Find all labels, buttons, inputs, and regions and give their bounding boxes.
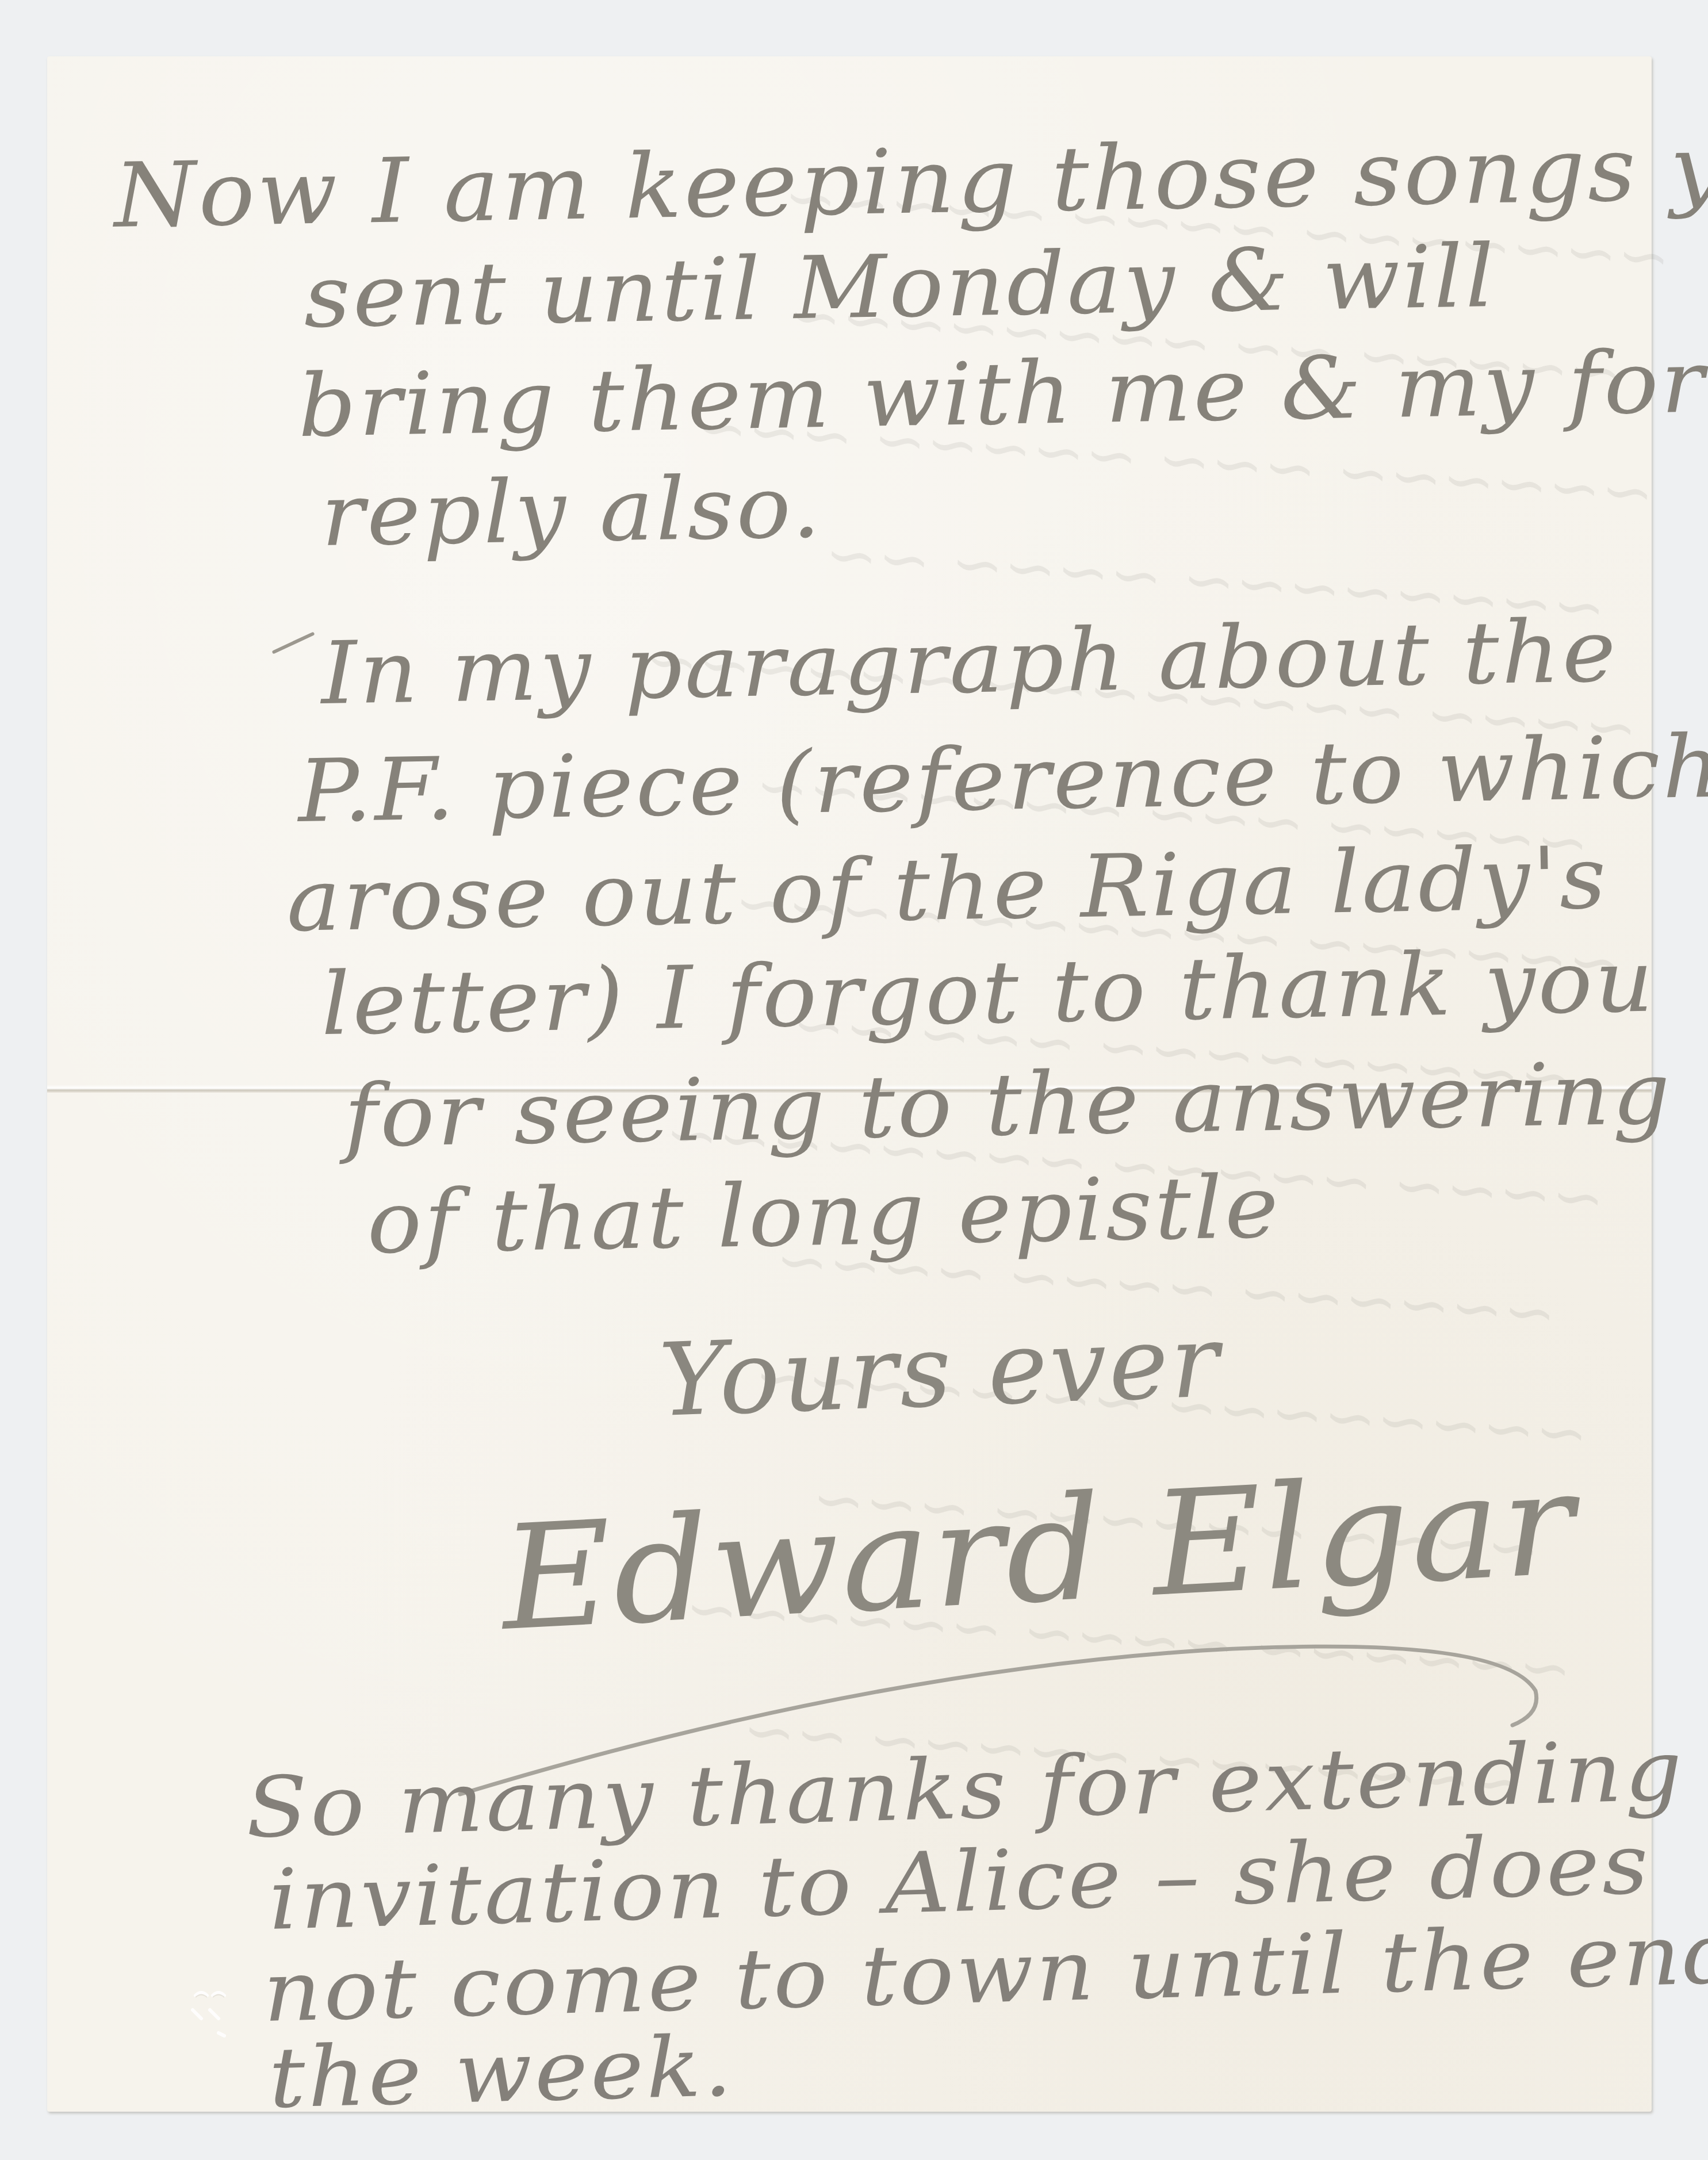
- postscript-line: the week.: [268, 2018, 736, 2127]
- embossed-mark: [184, 1978, 247, 2042]
- letter-line: sent until Monday & will: [303, 227, 1498, 347]
- letter-line: reply also.: [320, 457, 824, 566]
- letter-closing: Yours ever: [657, 1303, 1223, 1439]
- letter-line: of that long epistle: [366, 1157, 1282, 1273]
